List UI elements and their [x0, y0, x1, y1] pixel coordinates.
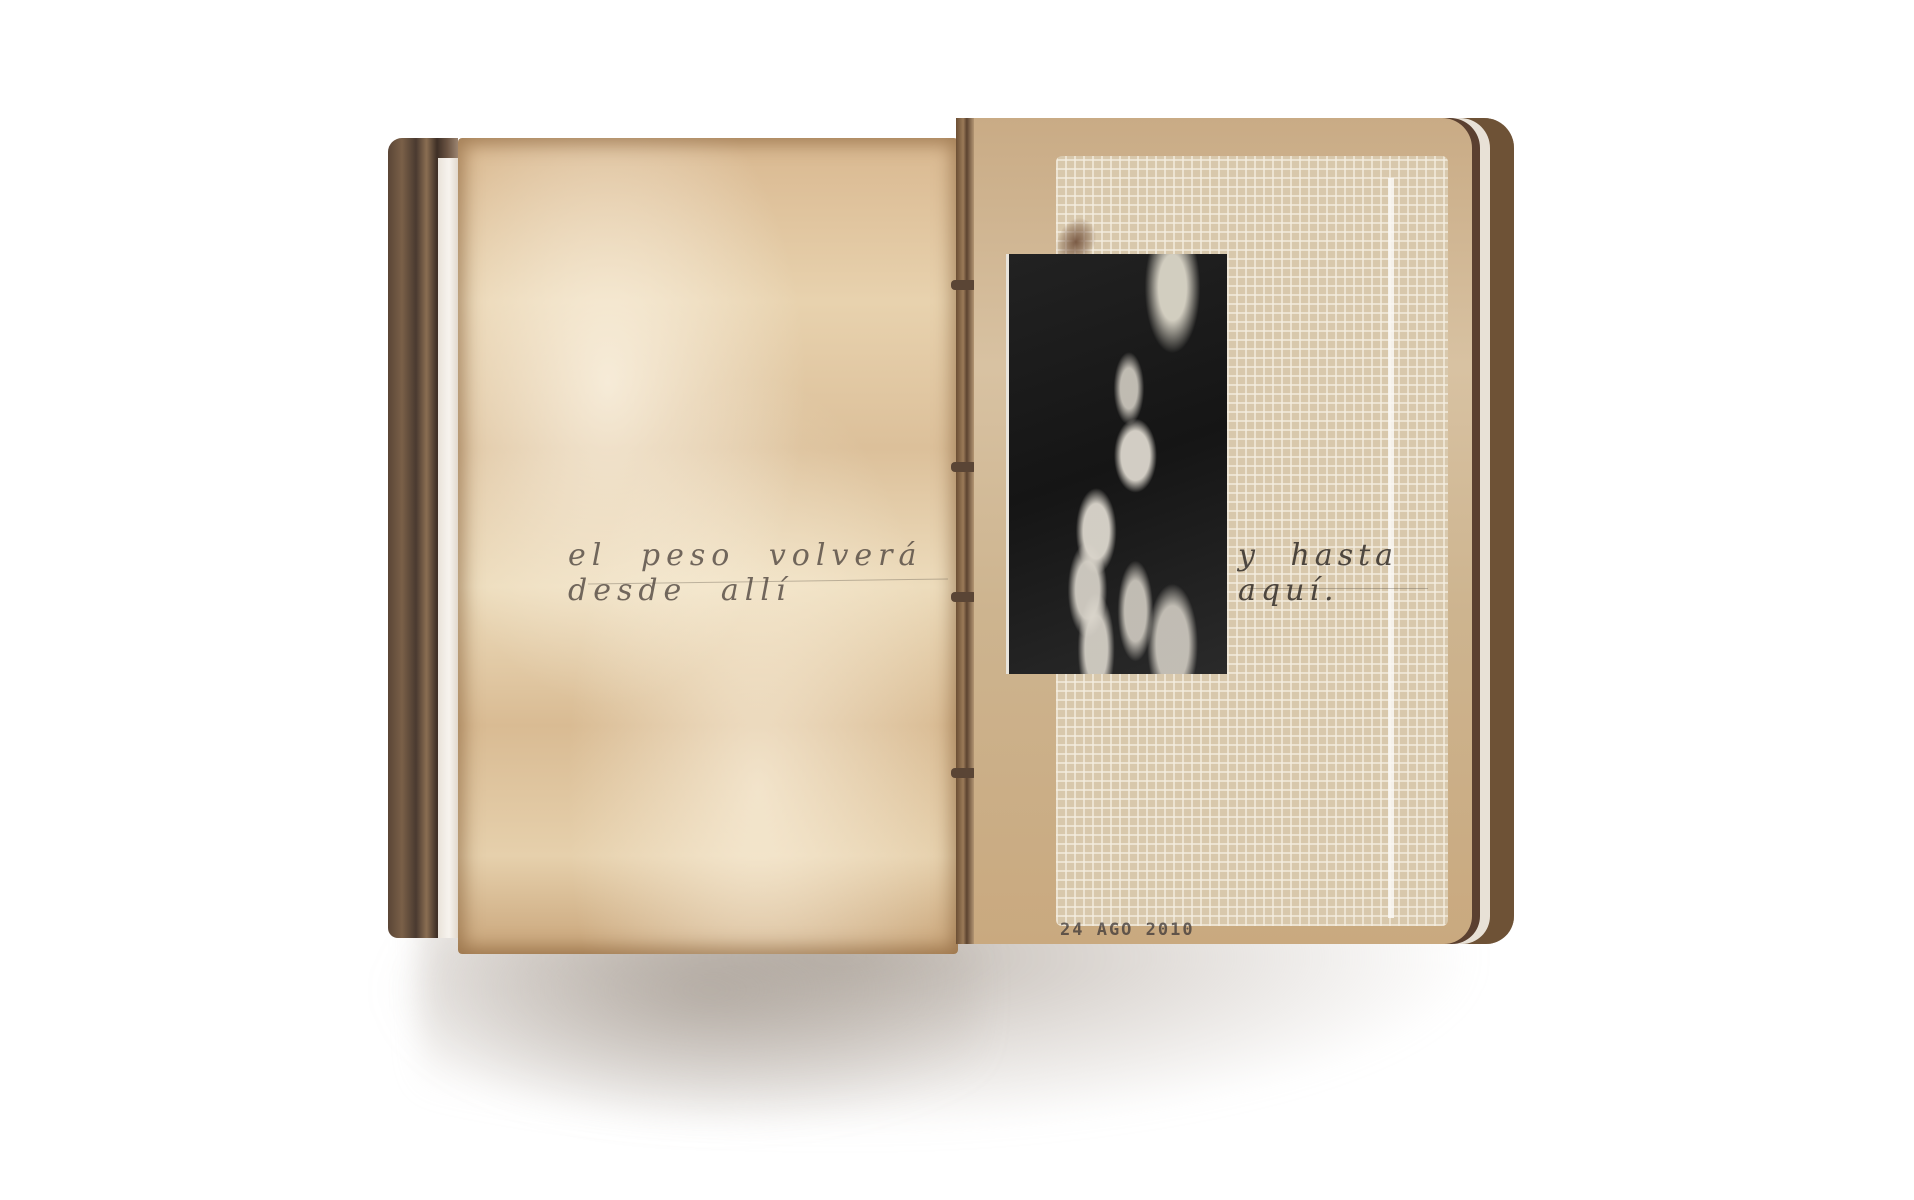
book-shadow-secondary: [380, 930, 980, 1130]
right-handwritten-text: y hasta aquí.: [1238, 538, 1498, 608]
left-handwritten-text: el peso volverá desde allí: [568, 538, 968, 608]
ivy-leaves-photo: [1006, 254, 1227, 674]
book-spine: [956, 118, 974, 944]
open-book: el peso volverá desde allí y hasta aquí.…: [388, 118, 1524, 960]
date-stamp: 24 AGO 2010: [1060, 920, 1195, 940]
book-photograph: el peso volverá desde allí y hasta aquí.…: [0, 0, 1914, 1200]
left-page-stack: [438, 158, 460, 938]
